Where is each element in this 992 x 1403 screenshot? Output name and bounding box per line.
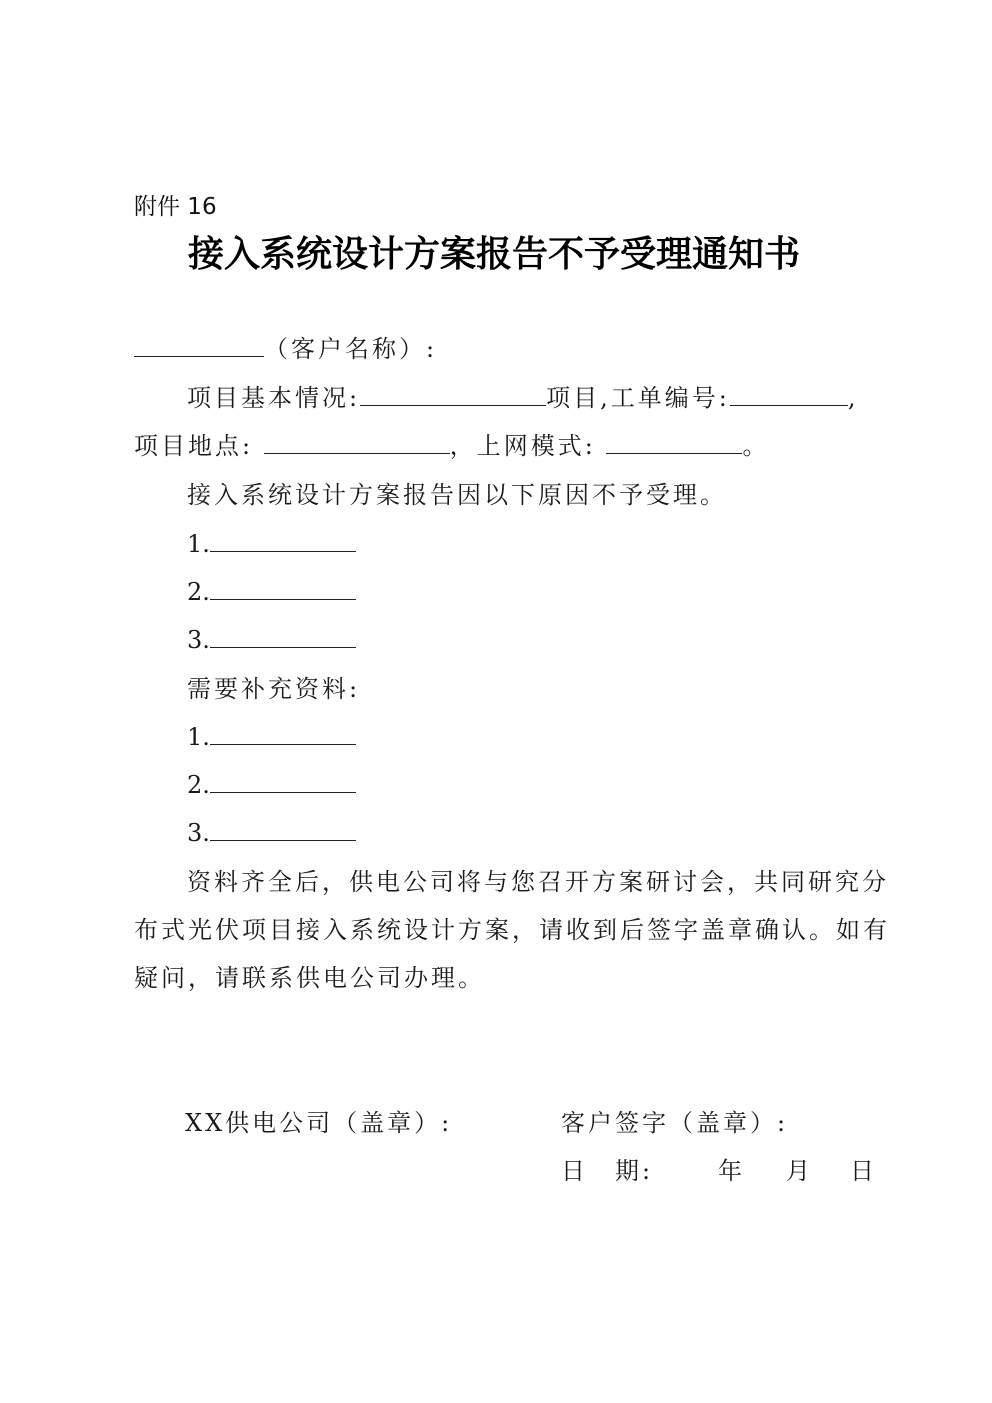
item-number: 2. bbox=[187, 771, 210, 799]
rejection-item-1: 1. bbox=[187, 529, 356, 559]
project-info-line-1: 项目基本情况:项目,工单编号:, bbox=[187, 383, 858, 413]
closing-line-1: 资料齐全后，供电公司将与您召开方案研讨会，共同研究分 bbox=[187, 867, 889, 897]
supplement-blank-2[interactable] bbox=[210, 770, 356, 793]
supplement-item-2: 2. bbox=[187, 770, 356, 800]
company-seal-label: XX供电公司（盖章）: bbox=[185, 1108, 452, 1138]
supplement-item-3: 3. bbox=[187, 818, 356, 848]
date-day: 日 bbox=[850, 1156, 877, 1186]
supplement-label: 需要补充资料: bbox=[187, 674, 360, 704]
grid-mode-blank[interactable] bbox=[606, 431, 742, 454]
item-number: 3. bbox=[187, 626, 210, 654]
item-number: 1. bbox=[187, 530, 210, 558]
customer-name-blank[interactable] bbox=[134, 334, 264, 357]
project-basic-blank[interactable] bbox=[360, 383, 546, 406]
addressee-line: （客户名称）: bbox=[134, 334, 437, 364]
work-order-blank[interactable] bbox=[730, 383, 848, 406]
date-label: 日 期: bbox=[561, 1156, 653, 1186]
project-info-line-2: 项目地点: ，上网模式: 。 bbox=[134, 431, 769, 461]
supplement-item-1: 1. bbox=[187, 722, 356, 752]
closing-line-3: 疑问，请联系供电公司办理。 bbox=[134, 963, 485, 993]
rejection-blank-1[interactable] bbox=[210, 529, 356, 552]
supplement-blank-3[interactable] bbox=[210, 818, 356, 841]
grid-mode-label: ，上网模式: bbox=[450, 432, 596, 460]
rejection-item-2: 2. bbox=[187, 577, 356, 607]
rejection-blank-2[interactable] bbox=[210, 577, 356, 600]
rejection-intro: 接入系统设计方案报告因以下原因不予受理。 bbox=[187, 480, 727, 510]
date-year: 年 bbox=[718, 1156, 745, 1186]
rejection-item-3: 3. bbox=[187, 625, 356, 655]
addressee-suffix: （客户名称）: bbox=[264, 335, 437, 363]
period: 。 bbox=[742, 432, 769, 460]
location-label: 项目地点: bbox=[134, 432, 253, 460]
document-title: 接入系统设计方案报告不予受理通知书 bbox=[188, 226, 800, 277]
rejection-blank-3[interactable] bbox=[210, 625, 356, 648]
attachment-label: 附件 16 bbox=[134, 188, 217, 221]
work-order-label: 项目,工单编号: bbox=[546, 384, 730, 412]
comma: , bbox=[848, 384, 859, 412]
item-number: 1. bbox=[187, 723, 210, 751]
closing-line-2: 布式光伏项目接入系统设计方案，请收到后签字盖章确认。如有 bbox=[134, 915, 890, 945]
item-number: 3. bbox=[187, 819, 210, 847]
date-month: 月 bbox=[786, 1156, 813, 1186]
location-blank[interactable] bbox=[264, 431, 450, 454]
project-basic-label: 项目基本情况: bbox=[187, 384, 360, 412]
customer-sign-label: 客户签字（盖章）: bbox=[561, 1108, 788, 1138]
item-number: 2. bbox=[187, 578, 210, 606]
supplement-blank-1[interactable] bbox=[210, 722, 356, 745]
